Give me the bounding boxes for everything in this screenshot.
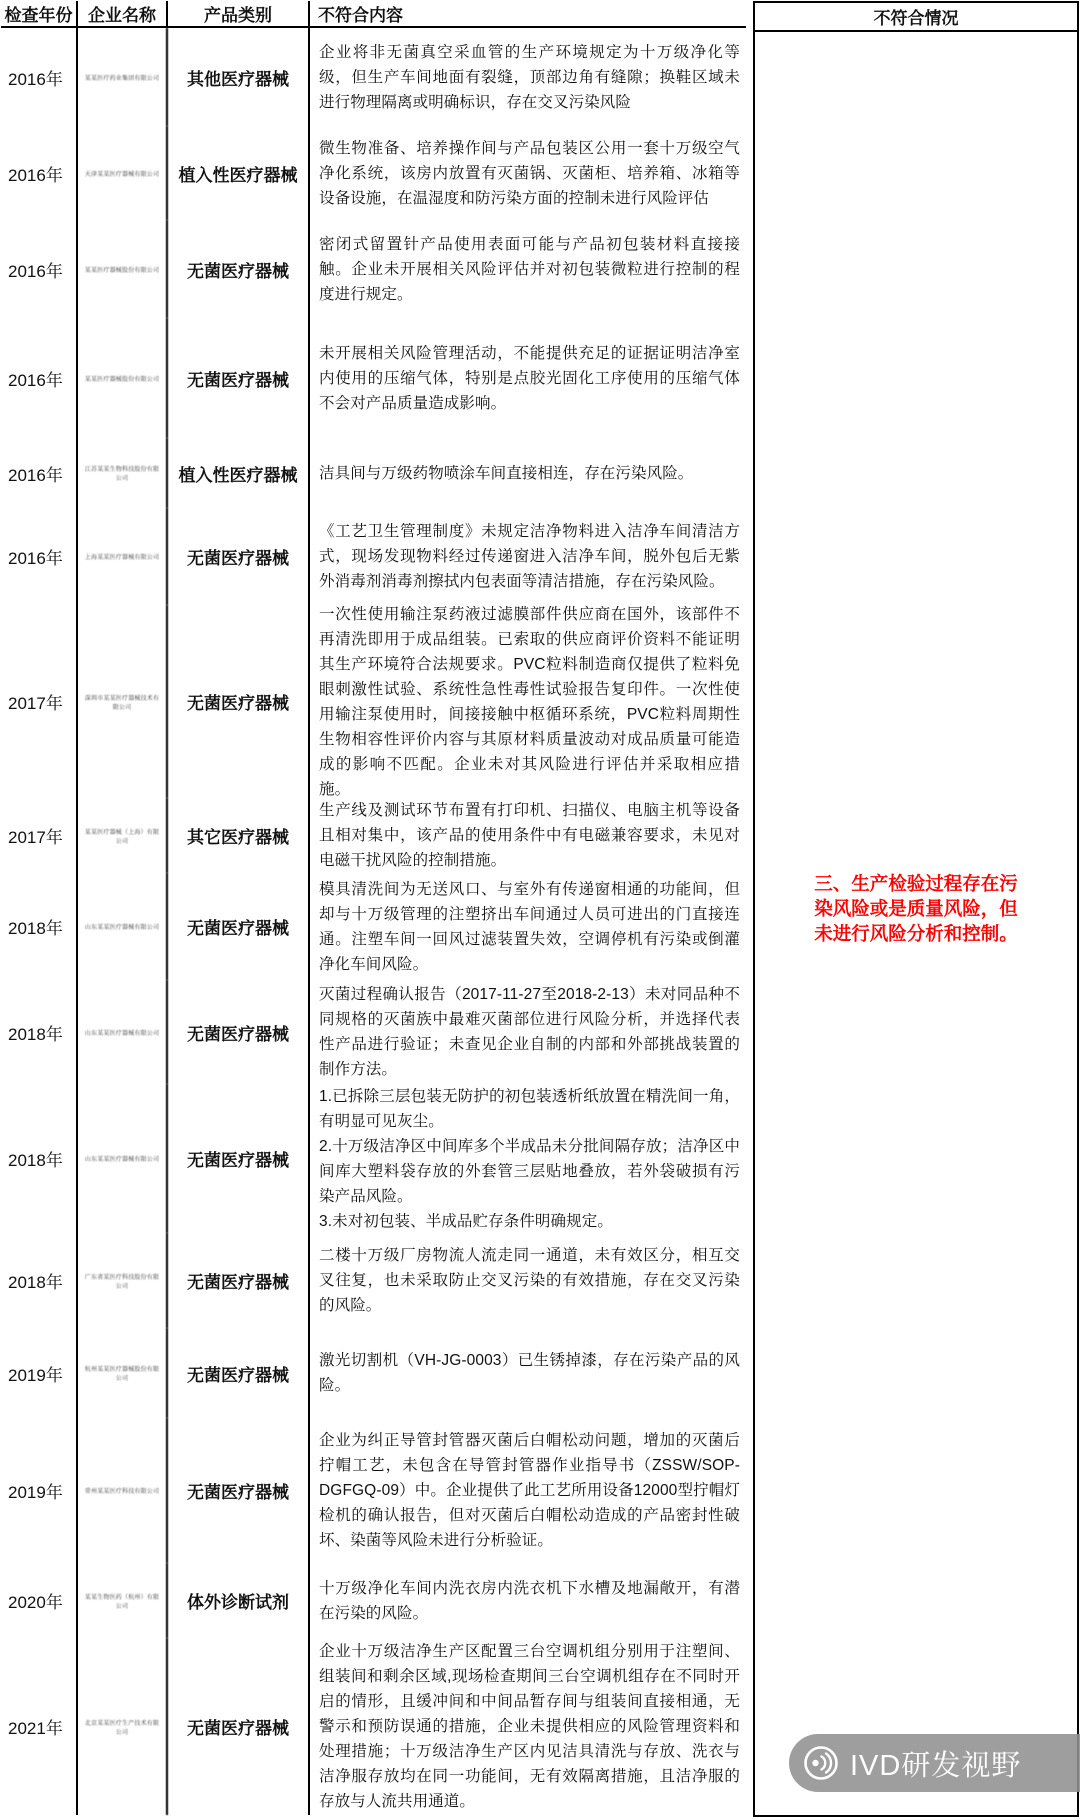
company-name-cell: 常州某某医疗科技有限公司 bbox=[78, 1418, 168, 1563]
content-cell: 企业将非无菌真空采血管的生产环境规定为十万级净化等级，但生产车间地面有裂缝，顶部… bbox=[310, 28, 746, 126]
content-cell: 十万级净化车间内洗衣房内洗衣机下水槽及地漏敞开，有潜在污染的风险。 bbox=[310, 1563, 746, 1638]
year-cell: 2017年 bbox=[1, 605, 78, 798]
company-name-cell: 杭州某某医疗器械股份有限公司 bbox=[78, 1328, 168, 1418]
category-cell: 其它医疗器械 bbox=[168, 798, 310, 873]
company-name-cell: 山东某某医疗器械有限公司 bbox=[78, 873, 168, 980]
company-name-cell: 上海某某医疗器械有限公司 bbox=[78, 508, 168, 605]
category-cell: 无菌医疗器械 bbox=[168, 220, 310, 318]
company-name-cell: 山东某某医疗器械有限公司 bbox=[78, 980, 168, 1084]
company-name-cell: 山东某某医疗器械有限公司 bbox=[78, 1084, 168, 1233]
year-cell: 2017年 bbox=[1, 798, 78, 873]
company-name-cell: 广东省某医疗科技股份有限公司 bbox=[78, 1233, 168, 1328]
content-cell: 1.已拆除三层包装无防护的初包装透析纸放置在精洗间一角，有明显可见灰尘。 2.十… bbox=[310, 1084, 746, 1233]
content-cell: 《工艺卫生管理制度》未规定洁净物料进入洁净车间清洁方式，现场发现物料经过传递窗进… bbox=[310, 508, 746, 605]
category-cell: 体外诊断试剂 bbox=[168, 1563, 310, 1638]
year-cell: 2016年 bbox=[1, 220, 78, 318]
header-company: 企业名称 bbox=[78, 1, 168, 28]
category-cell: 无菌医疗器械 bbox=[168, 1418, 310, 1563]
category-cell: 无菌医疗器械 bbox=[168, 1084, 310, 1233]
category-cell: 无菌医疗器械 bbox=[168, 605, 310, 798]
situation-note: 三、生产检验过程存在污染风险或是质量风险，但未进行风险分析和控制。 bbox=[755, 871, 1077, 946]
category-cell: 无菌医疗器械 bbox=[168, 508, 310, 605]
watermark: IVD研发视野 bbox=[789, 1734, 1080, 1792]
year-cell: 2016年 bbox=[1, 508, 78, 605]
category-cell: 其他医疗器械 bbox=[168, 28, 310, 126]
category-cell: 无菌医疗器械 bbox=[168, 1328, 310, 1418]
company-name-cell: 某某医疗器械股份有限公司 bbox=[78, 318, 168, 438]
header-year: 检查年份 bbox=[1, 1, 78, 28]
company-name-cell: 某某医疗药业集团有限公司 bbox=[78, 28, 168, 126]
year-cell: 2016年 bbox=[1, 438, 78, 508]
content-cell: 生产线及测试环节布置有打印机、扫描仪、电脑主机等设备且相对集中，该产品的使用条件… bbox=[310, 798, 746, 873]
category-cell: 植入性医疗器械 bbox=[168, 126, 310, 220]
category-cell: 无菌医疗器械 bbox=[168, 1638, 310, 1815]
content-cell: 二楼十万级厂房物流人流走同一通道，未有效区分，相互交叉往复，也未采取防止交叉污染… bbox=[310, 1233, 746, 1328]
company-name-cell: 北京某某医疗生产技术有限公司 bbox=[78, 1638, 168, 1815]
inspection-table: 检查年份 企业名称 产品类别 不符合内容 2016年某某医疗药业集团有限公司其他… bbox=[1, 1, 746, 1817]
content-cell: 未开展相关风险管理活动，不能提供充足的证据证明洁净室内使用的压缩气体，特别是点胶… bbox=[310, 318, 746, 438]
category-cell: 植入性医疗器械 bbox=[168, 438, 310, 508]
year-cell: 2018年 bbox=[1, 980, 78, 1084]
broadcast-icon bbox=[802, 1744, 840, 1782]
category-cell: 无菌医疗器械 bbox=[168, 980, 310, 1084]
content-cell: 模具清洗间为无送风口、与室外有传递窗相通的功能间，但却与十万级管理的注塑挤出车间… bbox=[310, 873, 746, 980]
content-cell: 微生物准备、培养操作间与产品包装区公用一套十万级空气净化系统，该房内放置有灭菌锅… bbox=[310, 126, 746, 220]
content-cell: 灭菌过程确认报告（2017-11-27至2018-2-13）未对同品种不同规格的… bbox=[310, 980, 746, 1084]
year-cell: 2016年 bbox=[1, 28, 78, 126]
watermark-text: IVD研发视野 bbox=[850, 1743, 1021, 1784]
company-name-cell: 某某医疗器械股份有限公司 bbox=[78, 220, 168, 318]
category-cell: 无菌医疗器械 bbox=[168, 1233, 310, 1328]
content-cell: 洁具间与万级药物喷涂车间直接相连，存在污染风险。 bbox=[310, 438, 746, 508]
company-name-cell: 某某医疗器械（上海）有限公司 bbox=[78, 798, 168, 873]
year-cell: 2021年 bbox=[1, 1638, 78, 1815]
company-name-cell: 江苏某某生物科技股份有限公司 bbox=[78, 438, 168, 508]
company-name-cell: 天津某某医疗器械有限公司 bbox=[78, 126, 168, 220]
header-content: 不符合内容 bbox=[310, 1, 746, 28]
year-cell: 2018年 bbox=[1, 1233, 78, 1328]
content-cell: 密闭式留置针产品使用表面可能与产品初包装材料直接接触。企业未开展相关风险评估并对… bbox=[310, 220, 746, 318]
year-cell: 2020年 bbox=[1, 1563, 78, 1638]
year-cell: 2016年 bbox=[1, 318, 78, 438]
company-name-cell: 深圳市某某医疗器械技术有限公司 bbox=[78, 605, 168, 798]
content-cell: 企业十万级洁净生产区配置三台空调机组分别用于注塑间、组装间和剩余区域,现场检查期… bbox=[310, 1638, 746, 1815]
content-cell: 激光切割机（VH-JG-0003）已生锈掉漆，存在污染产品的风险。 bbox=[310, 1328, 746, 1418]
year-cell: 2018年 bbox=[1, 1084, 78, 1233]
page: 检查年份 企业名称 产品类别 不符合内容 2016年某某医疗药业集团有限公司其他… bbox=[0, 0, 1080, 1820]
year-cell: 2019年 bbox=[1, 1328, 78, 1418]
year-cell: 2019年 bbox=[1, 1418, 78, 1563]
header-situation: 不符合情况 bbox=[755, 3, 1077, 32]
content-cell: 一次性使用输注泵药液过滤膜部件供应商在国外，该部件不再清洗即用于成品组装。已索取… bbox=[310, 605, 746, 798]
header-category: 产品类别 bbox=[168, 1, 310, 28]
company-name-cell: 某某生物医药（杭州）有限公司 bbox=[78, 1563, 168, 1638]
situation-column: 不符合情况 三、生产检验过程存在污染风险或是质量风险，但未进行风险分析和控制。 bbox=[753, 1, 1079, 1817]
category-cell: 无菌医疗器械 bbox=[168, 318, 310, 438]
category-cell: 无菌医疗器械 bbox=[168, 873, 310, 980]
year-cell: 2018年 bbox=[1, 873, 78, 980]
year-cell: 2016年 bbox=[1, 126, 78, 220]
content-cell: 企业为纠正导管封管器灭菌后白帽松动问题，增加的灭菌后拧帽工艺，未包含在导管封管器… bbox=[310, 1418, 746, 1563]
